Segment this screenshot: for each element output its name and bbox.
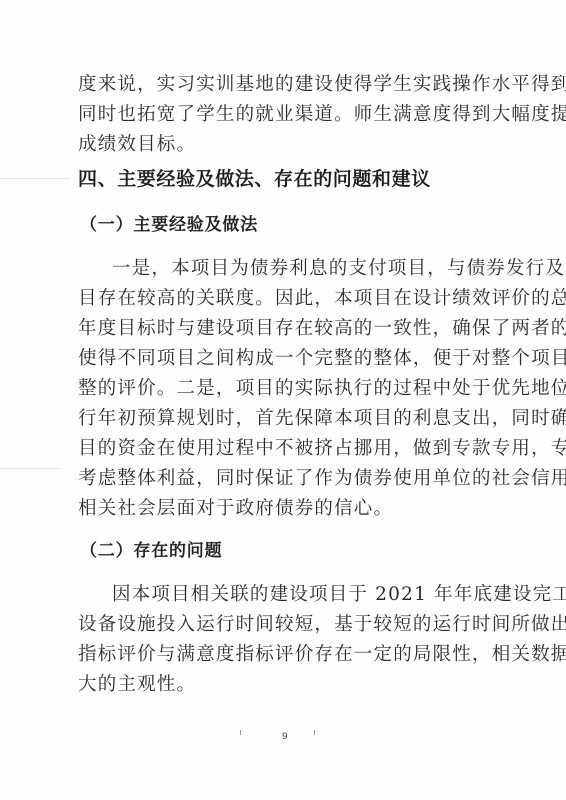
paragraph-line: 整的评价。二是，项目的实际执行的过程中处于优先地位，在进 [78, 378, 496, 400]
scan-artifact [0, 468, 60, 469]
subsection-heading-1: （一）主要经验及做法 [80, 214, 498, 236]
paragraph-line: 年度目标时与建设项目存在较高的一致性，确保了两者的关联度， [78, 318, 496, 340]
paragraph-line: 因本项目相关联的建设项目于 2021 年年底建设完工，相关 [112, 584, 496, 606]
paragraph-line: 成绩效目标。 [78, 134, 496, 156]
scan-artifact [314, 730, 315, 735]
paragraph-line: 大的主观性。 [78, 674, 496, 696]
paragraph-line: 度来说，实习实训基地的建设使得学生实践操作水平得到提升， [78, 74, 496, 96]
page-number: 9 [282, 732, 288, 742]
paragraph-line: 设备设施投入运行时间较短，基于较短的运行时间所做出的效益 [78, 614, 496, 636]
paragraph-line: 指标评价与满意度指标评价存在一定的局限性，相关数据存在较 [78, 644, 496, 666]
scan-artifact [0, 178, 70, 179]
paragraph-line: 使得不同项目之间构成一个完整的整体，便于对整个项目进行完 [78, 348, 496, 370]
subsection-heading-2: （二）存在的问题 [80, 540, 498, 562]
section-heading: 四、主要经验及做法、存在的问题和建议 [78, 168, 496, 190]
paragraph-line: 同时也拓宽了学生的就业渠道。师生满意度得到大幅度提升，完 [78, 104, 496, 126]
document-page: 度来说，实习实训基地的建设使得学生实践操作水平得到提升， 同时也拓宽了学生的就业… [0, 0, 566, 800]
paragraph-line: 考虑整体利益，同时保证了作为债券使用单位的社会信用，增强 [78, 468, 496, 490]
paragraph-line: 目的资金在使用过程中不被挤占挪用，做到专款专用，专项管理。 [78, 438, 496, 460]
paragraph-line: 一是，本项目为债券利息的支付项目，与债券发行及建设项 [112, 258, 496, 280]
paragraph-line: 目存在较高的关联度。因此，本项目在设计绩效评价的总目标与 [78, 288, 496, 310]
scan-artifact [240, 730, 241, 735]
paragraph-line: 相关社会层面对于政府债券的信心。 [78, 498, 496, 520]
paragraph-line: 行年初预算规划时，首先保障本项目的利息支出，同时确保本项 [78, 408, 496, 430]
